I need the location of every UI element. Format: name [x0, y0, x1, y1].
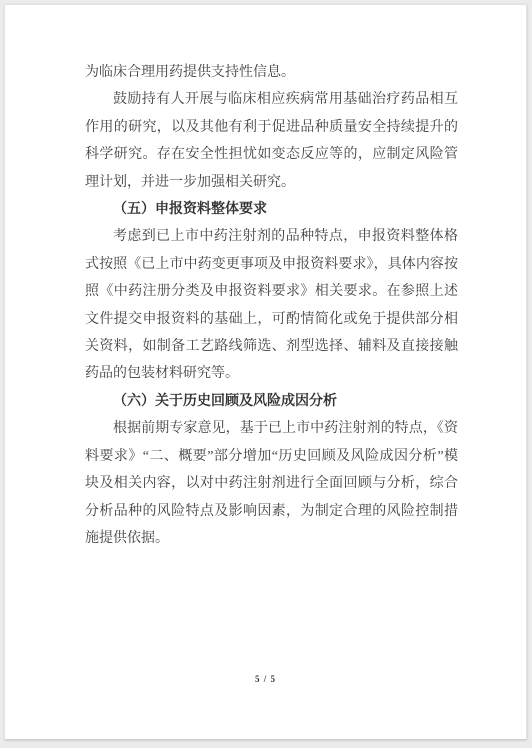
document-page: 为临床合理用药提供支持性信息。 鼓励持有人开展与临床相应疾病常用基础治疗药品相互… — [4, 4, 527, 740]
section-heading-6: （六）关于历史回顾及风险成因分析 — [85, 388, 458, 415]
page-number: 5 / 5 — [5, 674, 526, 684]
page-text-block: 为临床合理用药提供支持性信息。 鼓励持有人开展与临床相应疾病常用基础治疗药品相互… — [85, 59, 458, 552]
paragraph-continuation: 为临床合理用药提供支持性信息。 — [85, 59, 458, 86]
document-viewer: 为临床合理用药提供支持性信息。 鼓励持有人开展与临床相应疾病常用基础治疗药品相互… — [0, 0, 532, 748]
paragraph: 根据前期专家意见，基于已上市中药注射剂的特点，《资料要求》“二、概要”部分增加“… — [85, 415, 458, 552]
section-heading-5: （五）申报资料整体要求 — [85, 196, 458, 223]
paragraph: 考虑到已上市中药注射剂的品种特点，申报资料整体格式按照《已上市中药变更事项及申报… — [85, 223, 458, 387]
paragraph: 鼓励持有人开展与临床相应疾病常用基础治疗药品相互作用的研究，以及其他有利于促进品… — [85, 86, 458, 196]
